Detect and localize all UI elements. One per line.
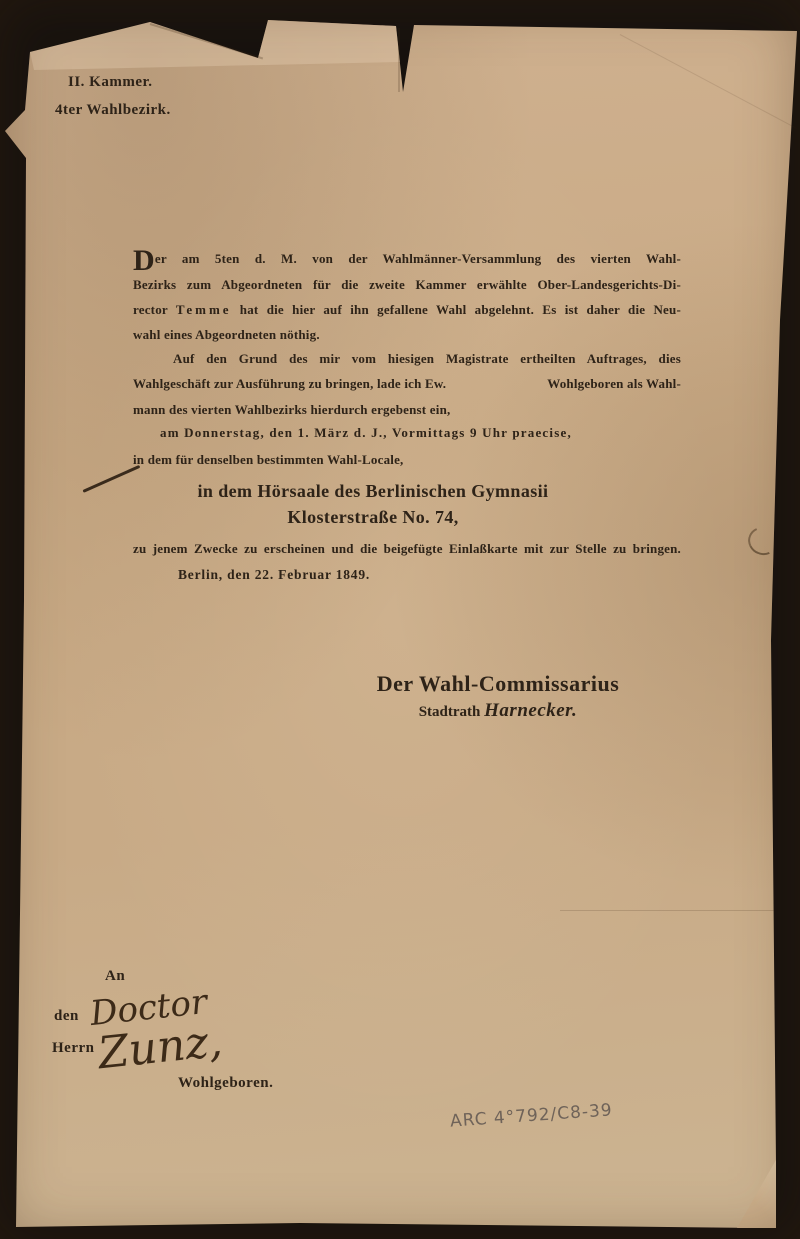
body-line: mann des vierten Wahlbezirks hierdurch e… (133, 402, 450, 418)
signature-line: Stadtrath Harnecker. (372, 700, 624, 722)
header-chamber: II. Kammer. (68, 74, 153, 91)
closing-line: zu jenem Zwecke zu erscheinen und die be… (133, 541, 681, 557)
signature-name: Harnecker. (484, 700, 577, 721)
date-line: am Donnerstag, den 1. März d. J., Vormit… (160, 425, 572, 441)
body-line: Wahlgeschäft zur Ausführung zu bringen, … (133, 376, 681, 392)
body-line: Auf den Grund des mir vom hiesigen Magis… (133, 351, 681, 367)
locale-line: in dem für denselben bestimmten Wahl-Loc… (133, 452, 404, 468)
spaced-name: Temme (176, 302, 232, 317)
place-date-line: Berlin, den 22. Februar 1849. (178, 567, 370, 583)
address-an: An (105, 968, 125, 985)
address-wohlgeboren: Wohlgeboren. (178, 1075, 273, 1092)
signature-role: Stadtrath (419, 704, 481, 720)
body-line: rector Temme hat die hier auf ihn gefall… (133, 302, 681, 318)
body-line: Bezirks zum Abgeordneten für die zweite … (133, 277, 681, 293)
signature-title: Der Wahl-Commissarius (372, 671, 624, 697)
emphasis-word: vierten (191, 402, 231, 417)
ornate-initial: D (133, 244, 155, 277)
address-den: den (54, 1008, 79, 1025)
address-herrn: Herrn (52, 1040, 94, 1057)
body-line: Der am 5ten d. M. von der Wahlmänner-Ver… (133, 251, 681, 267)
emphasis-word: zweite (369, 277, 405, 292)
tear-notch (398, 28, 400, 92)
venue-line-1: in dem Hörsaale des Berlinischen Gymnasi… (133, 481, 613, 502)
header-district: 4ter Wahlbezirk. (55, 102, 171, 119)
fold-crease (560, 910, 774, 911)
venue-line-2: Klosterstraße No. 74, (133, 507, 613, 528)
body-line: wahl eines Abgeordneten nöthig. (133, 327, 320, 343)
scanned-document: II. Kammer. 4ter Wahlbezirk. Der am 5ten… (0, 0, 800, 1239)
